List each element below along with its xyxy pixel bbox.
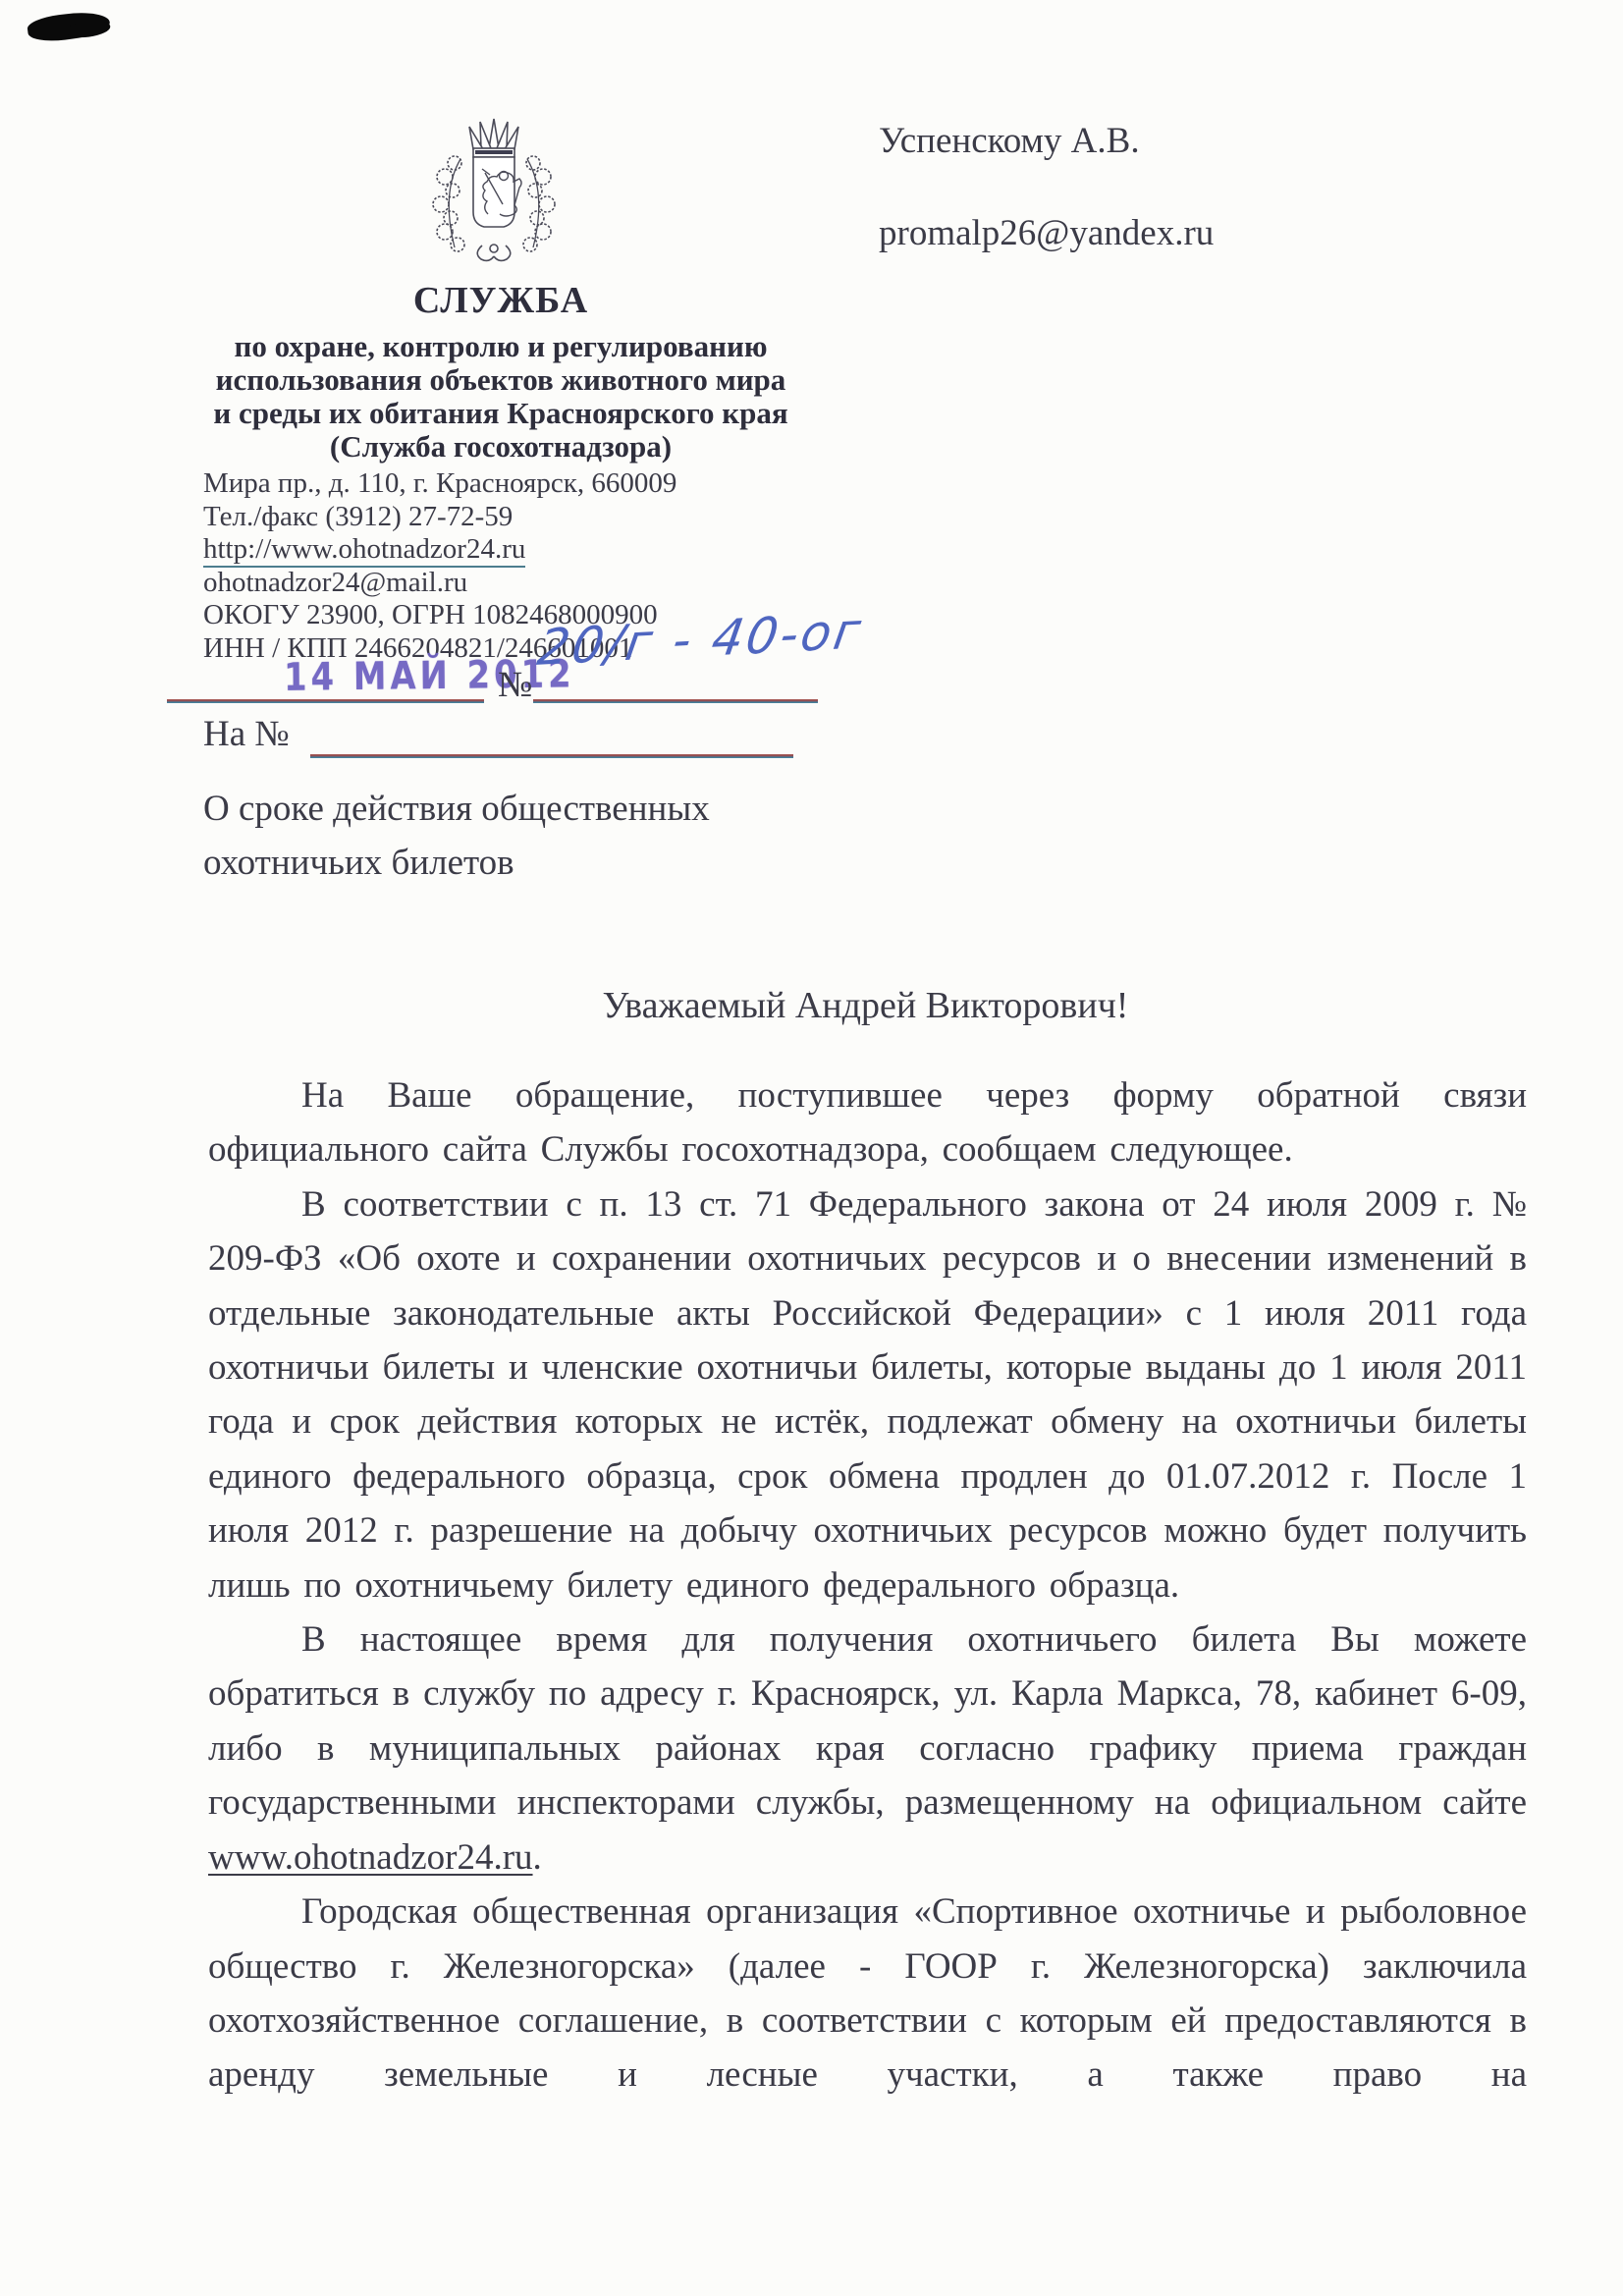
paragraph-text: . — [533, 1837, 542, 1878]
paragraph-law-209fz: В соответствии с п. 13 ст. 71 Федерально… — [208, 1177, 1527, 1613]
paragraph-text: В настоящее время для получения охотничь… — [208, 1619, 1527, 1823]
krasnoyarsk-krai-coat-of-arms-icon — [425, 116, 563, 265]
outgoing-number-label: № — [498, 664, 532, 706]
org-subtitle-line: использования объектов животного мира — [128, 363, 874, 397]
paragraph-goor-zheleznogorsk: Городская общественная организация «Спор… — [208, 1885, 1527, 2103]
org-short-name: (Служба госохотнадзора) — [128, 430, 874, 464]
org-subtitle-line: по охране, контролю и регулированию — [128, 330, 874, 363]
number-underline — [533, 699, 818, 703]
body-website-link: www.ohotnadzor24.ru — [208, 1837, 533, 1878]
subject-line: О сроке действия общественных — [203, 782, 710, 836]
letter-body: На Ваше обращение, поступившее через фор… — [208, 1068, 1527, 2103]
paragraph-intro: На Ваше обращение, поступившее через фор… — [208, 1068, 1527, 1177]
reply-number-underline — [310, 754, 793, 758]
paragraph-how-to-obtain: В настоящее время для получения охотничь… — [208, 1613, 1527, 1885]
phone-fax: Тел./факс (3912) 27-72-59 — [203, 501, 676, 534]
subject-block: О сроке действия общественных охотничьих… — [203, 782, 710, 890]
postal-address: Мира пр., д. 110, г. Красноярск, 660009 — [203, 467, 676, 501]
scan-artifact-blob — [27, 9, 112, 44]
recipient-name: Успенскому А.В. — [879, 120, 1140, 162]
letter-page: СЛУЖБА по охране, контролю и регулирован… — [0, 0, 1623, 2296]
org-title: СЛУЖБА — [128, 279, 874, 322]
org-subtitle-line: и среды их обитания Красноярского края — [128, 397, 874, 430]
recipient-email: promalp26@yandex.ru — [879, 212, 1214, 254]
subject-line: охотничьих билетов — [203, 836, 710, 890]
salutation: Уважаемый Андрей Викторович! — [206, 984, 1525, 1027]
letterhead-org-block: СЛУЖБА по охране, контролю и регулирован… — [128, 279, 874, 464]
date-underline — [167, 699, 484, 703]
letterhead-website-link: http://www.ohotnadzor24.ru — [203, 533, 525, 568]
letterhead-email: ohotnadzor24@mail.ru — [203, 567, 676, 600]
reply-to-number-label: На № — [203, 713, 290, 755]
